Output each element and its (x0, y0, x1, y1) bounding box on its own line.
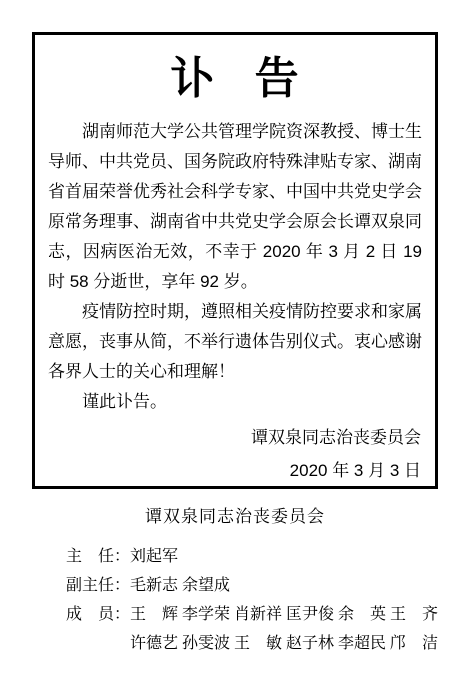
signature-committee-name: 谭双泉同志治丧委员会 (48, 421, 421, 454)
committee-row-director: 主 任： 刘起军 (0, 542, 470, 571)
members-names: 王 辉 李学荣 肖新祥 匡尹俊 余 英 王 齐 许德艺 孙雯波 王 敏 赵子林 … (130, 600, 470, 658)
director-name: 刘起军 (130, 542, 178, 571)
notice-paragraph-2: 疫情防控时期，遵照相关疫情防控要求和家属意愿，丧事从简，不举行遗体告别仪式。衷心… (48, 297, 422, 387)
committee-section: 谭双泉同志治丧委员会 主 任： 刘起军 副主任： 毛新志 余望成 成 员： 王 … (0, 506, 470, 658)
members-line-2: 许德艺 孙雯波 王 敏 赵子林 李超民 邝 洁 (130, 629, 470, 658)
deputy-directors-names: 毛新志 余望成 (130, 571, 230, 600)
signature-date: 2020 年 3 月 3 日 (48, 454, 421, 487)
notice-paragraph-1: 湖南师范大学公共管理学院资深教授、博士生导师、中共党员、国务院政府特殊津贴专家、… (48, 117, 422, 297)
members-line-1: 王 辉 李学荣 肖新祥 匡尹俊 余 英 王 齐 (130, 600, 470, 629)
notice-closing-line: 谨此讣告。 (48, 387, 422, 417)
director-label: 主 任： (66, 542, 130, 571)
committee-row-deputy-directors: 副主任： 毛新志 余望成 (0, 571, 470, 600)
committee-heading: 谭双泉同志治丧委员会 (0, 506, 470, 528)
notice-title: 讣 告 (48, 53, 422, 105)
signature-block: 谭双泉同志治丧委员会 2020 年 3 月 3 日 (48, 421, 422, 487)
obituary-notice-box: 讣 告 湖南师范大学公共管理学院资深教授、博士生导师、中共党员、国务院政府特殊津… (32, 32, 438, 489)
committee-row-members: 成 员： 王 辉 李学荣 肖新祥 匡尹俊 余 英 王 齐 许德艺 孙雯波 王 敏… (0, 600, 470, 658)
members-label: 成 员： (66, 600, 130, 629)
deputy-directors-label: 副主任： (66, 571, 130, 600)
